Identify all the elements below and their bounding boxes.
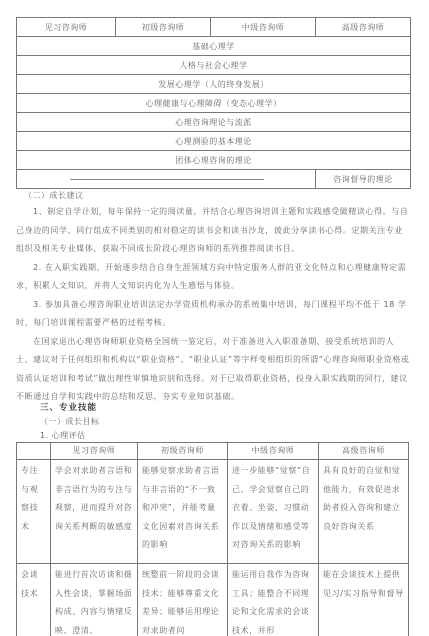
table-cell: 能运用自我作为咨询工具；能整合不同理论和文化需求的会谈技术，并形 <box>228 564 319 636</box>
table-row: 团体心理咨询的理论 <box>17 151 411 170</box>
table-cell: 能够觉察求助者言语与非言语的“不一致和冲突”，并能考量文化因素对咨询关系的影响 <box>138 460 228 564</box>
sub-heading-growth-goals: （一）成长目标 <box>40 416 100 427</box>
table-cell: 团体心理咨询的理论 <box>17 151 411 170</box>
knowledge-table: 见习咨询师 初级咨询师 中级咨询师 高级咨询师 基础心理学 人格与社会心理学 发… <box>16 17 411 189</box>
table-cell: 具有良好的自觉和觉他能力，有效促进求助者投入咨询和建立良好咨询关系 <box>319 460 409 564</box>
table-row: 人格与社会心理学 <box>17 56 411 75</box>
paragraph-1: 1、制定自学计划，每年保持一定的阅读量，并结合心理咨询培训主题和实践感受做精读心… <box>16 203 410 259</box>
table-cell: 心理咨询理论与流派 <box>17 113 411 132</box>
table-cell: 能进行首次访谈和摄入性会谈，掌握场面构成、内容与情绪反映、澄清、 <box>51 564 138 636</box>
table-row: 心理健康与心理障碍（变态心理学） <box>17 94 411 113</box>
table-header-row: 见习咨询师 初级咨询师 中级咨询师 高级咨询师 <box>17 443 409 460</box>
header-cell: 初级咨询师 <box>116 18 211 37</box>
table-cell: 学会对求助者言语和非言语行为的专注与观察，进而提升对咨询关系判断的敏感度 <box>51 460 138 564</box>
table-cell: 基础心理学 <box>17 37 411 56</box>
table-row: 咨询督导的理论 <box>17 170 411 189</box>
section-heading-growth-advice: （二）成长建议 <box>24 190 84 201</box>
header-cell: 中级咨询师 <box>211 18 316 37</box>
header-cell: 初级咨询师 <box>138 443 228 460</box>
table-header-row: 见习咨询师 初级咨询师 中级咨询师 高级咨询师 <box>17 18 411 37</box>
empty-line-cell <box>17 170 316 189</box>
table-row: 会谈技术 能进行首次访谈和摄入性会谈，掌握场面构成、内容与情绪反映、澄清、 统整… <box>17 564 409 636</box>
table-row: 心理咨询理论与流派 <box>17 113 411 132</box>
table-cell: 人格与社会心理学 <box>17 56 411 75</box>
paragraph-2: 2. 在入职实践期，开始逐步结合自身生涯领域方向中特定服务人群的亚文化特点和心理… <box>16 259 410 296</box>
header-cell: 见习咨询师 <box>51 443 138 460</box>
table-cell: 进一步能够“觉察”自己。学会觉察自己的衣着、坐姿、习惯动作以及情绪和感受等对咨询… <box>228 460 319 564</box>
table-cell: 咨询督导的理论 <box>316 170 411 189</box>
paragraph-4: 在国家退出心理咨询师职业资格全国统一鉴定后，对于准备进入入职准备期，接受系统培训… <box>16 333 410 407</box>
table-row: 基础心理学 <box>17 37 411 56</box>
table-cell: 能在会谈技术上提供见习/实习指导和督导 <box>319 564 409 636</box>
table-cell: 心理健康与心理障碍（变态心理学） <box>17 94 411 113</box>
section-heading-professional-skills: 三、专业技能 <box>40 401 97 413</box>
paragraph-block: 1、制定自学计划，每年保持一定的阅读量，并结合心理咨询培训主题和实践感受做精读心… <box>16 203 410 407</box>
table-cell: 统整前一阶段的会谈技术；能够尊重文化差异；能够运用理论对求助者问 <box>138 564 228 636</box>
header-cell: 中级咨询师 <box>228 443 319 460</box>
paragraph-3: 3. 参加具备心理咨询职业培训法定办学资质机构承办的系统集中培训，每门课程平均不… <box>16 296 410 333</box>
horizontal-rule <box>70 179 264 180</box>
table-cell: 心理测验的基本理论 <box>17 132 411 151</box>
header-cell <box>17 443 51 460</box>
table-row: 心理测验的基本理论 <box>17 132 411 151</box>
table-row: 专注与观察技术 学会对求助者言语和非言语行为的专注与观察，进而提升对咨询关系判断… <box>17 460 409 564</box>
row-label: 专注与观察技术 <box>17 460 51 564</box>
header-cell: 见习咨询师 <box>17 18 116 37</box>
row-label: 会谈技术 <box>17 564 51 636</box>
table-cell: 发展心理学（人的终身发展） <box>17 75 411 94</box>
header-cell: 高级咨询师 <box>319 443 409 460</box>
table-row: 发展心理学（人的终身发展） <box>17 75 411 94</box>
skills-table: 见习咨询师 初级咨询师 中级咨询师 高级咨询师 专注与观察技术 学会对求助者言语… <box>16 442 409 636</box>
item-heading-psych-assessment: 1. 心理评估 <box>40 430 86 441</box>
header-cell: 高级咨询师 <box>316 18 411 37</box>
